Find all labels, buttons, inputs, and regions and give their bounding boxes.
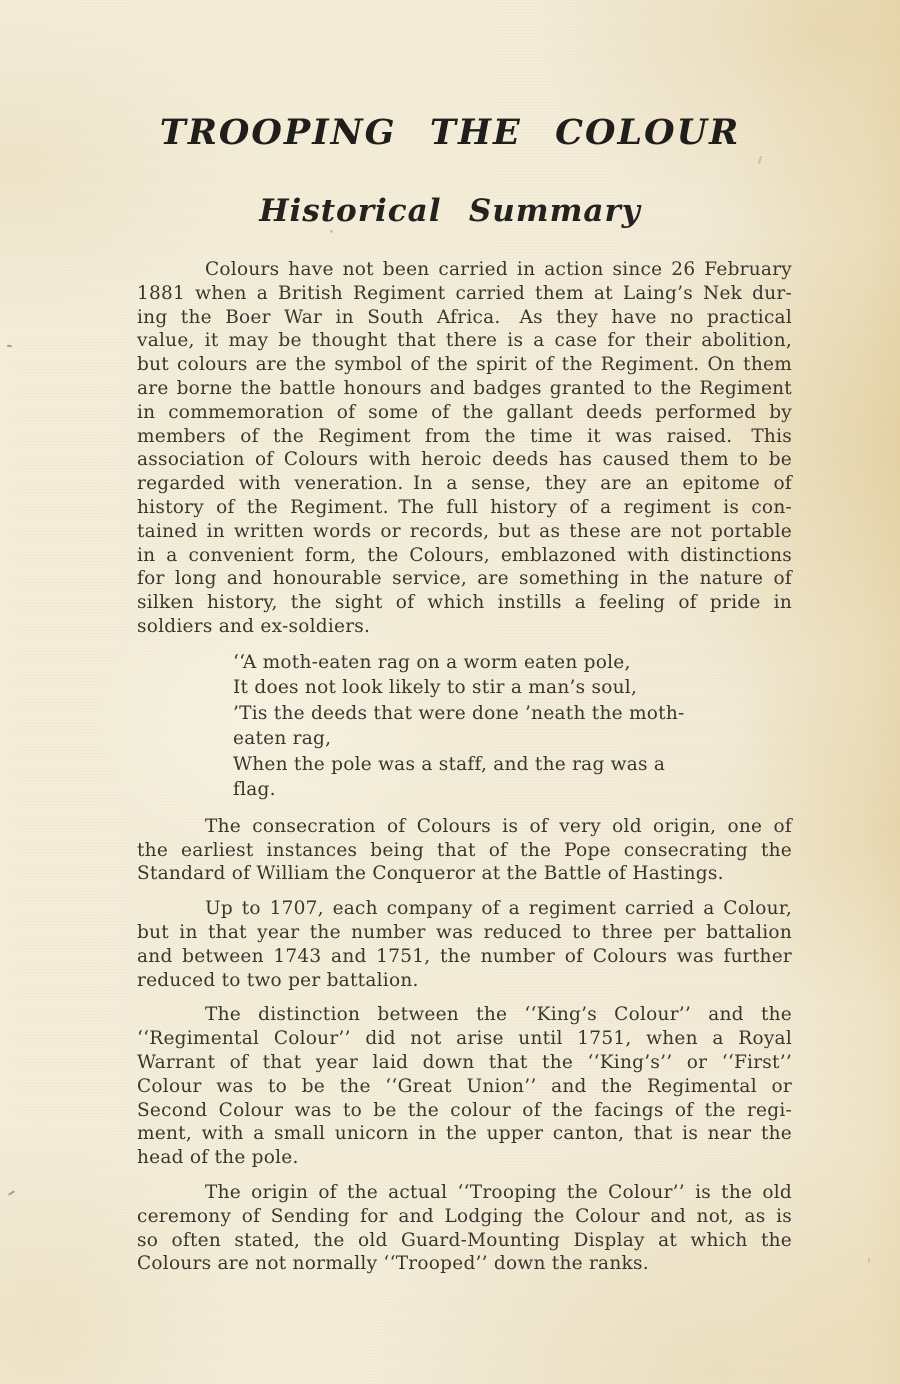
text-line: When the pole was a staff, and the rag w… [233, 752, 733, 778]
text-line: in a convenient form, the Colours, embla… [137, 544, 792, 568]
text-line: association of Colours with heroic deeds… [137, 448, 792, 472]
paper-speck [8, 1190, 15, 1195]
text-line: head of the pole. [137, 1146, 792, 1170]
text-line: Colours have not been carried in action … [137, 258, 792, 282]
text-line: 1881 when a British Regiment carried the… [137, 282, 792, 306]
text-line: Colours are not normally ‘‘Trooped’’ dow… [137, 1252, 792, 1276]
text-line: are borne the battle honours and badges … [137, 377, 792, 401]
page-subtitle: Historical Summary [0, 153, 900, 229]
text-line: the earliest instances being that of the… [137, 839, 792, 863]
text-line: Warrant of that year laid down that the … [137, 1051, 792, 1075]
text-line: for long and honourable service, are som… [137, 567, 792, 591]
text-line: Colour was to be the ‘‘Great Union’’ and… [137, 1075, 792, 1099]
paragraph-kings-colour: The distinction between the ‘‘King’s Col… [137, 1003, 792, 1170]
text-line: Standard of William the Conqueror at the… [137, 862, 792, 886]
text-line: but in that year the number was reduced … [137, 921, 792, 945]
body-text: Colours have not been carried in action … [137, 258, 792, 1287]
text-line: ceremony of Sending for and Lodging the … [137, 1205, 792, 1229]
poem-quote: ‘‘A moth-eaten rag on a worm eaten pole,… [233, 650, 733, 803]
text-line: ’Tis the deeds that were done ’neath the… [233, 701, 733, 727]
text-line: reduced to two per battalion. [137, 969, 792, 993]
text-line: Second Colour was to be the colour of th… [137, 1099, 792, 1123]
paragraph-consecration: The consecration of Colours is of very o… [137, 815, 792, 886]
text-line: The distinction between the ‘‘King’s Col… [137, 1003, 792, 1027]
text-line: ‘‘A moth-eaten rag on a worm eaten pole, [233, 650, 733, 676]
text-line: silken history, the sight of which insti… [137, 591, 792, 615]
text-line: ment, with a small unicorn in the upper … [137, 1122, 792, 1146]
paper-speck [330, 230, 333, 233]
text-line: It does not look likely to stir a man’s … [233, 675, 733, 701]
text-line: in commemoration of some of the gallant … [137, 401, 792, 425]
text-line: ing the Boer War in South Africa. As the… [137, 306, 792, 330]
text-line: but colours are the symbol of the spirit… [137, 353, 792, 377]
text-line: flag. [233, 777, 733, 803]
paragraph-trooping-origin: The origin of the actual ‘‘Trooping the … [137, 1181, 792, 1276]
text-line: regarded with veneration. In a sense, th… [137, 472, 792, 496]
text-line: members of the Regiment from the time it… [137, 425, 792, 449]
text-line: tained in written words or records, but … [137, 520, 792, 544]
text-line: and between 1743 and 1751, the number of… [137, 945, 792, 969]
text-line: The origin of the actual ‘‘Trooping the … [137, 1181, 792, 1205]
text-line: The consecration of Colours is of very o… [137, 815, 792, 839]
text-line: so often stated, the old Guard-Mounting … [137, 1229, 792, 1253]
text-line: Up to 1707, each company of a regiment c… [137, 897, 792, 921]
paper-speck [7, 345, 12, 348]
text-line: eaten rag, [233, 726, 733, 752]
document-page: TROOPING THE COLOUR Historical Summary C… [0, 0, 900, 1384]
paragraph-number-of-colours: Up to 1707, each company of a regiment c… [137, 897, 792, 992]
paragraph-colours-history: Colours have not been carried in action … [137, 258, 792, 639]
text-line: ‘‘Regimental Colour’’ did not arise unti… [137, 1027, 792, 1051]
text-line: value, it may be thought that there is a… [137, 329, 792, 353]
text-line: soldiers and ex-soldiers. [137, 615, 792, 639]
page-title: TROOPING THE COLOUR [0, 0, 900, 153]
paper-speck [868, 1258, 870, 1263]
text-line: history of the Regiment. The full histor… [137, 496, 792, 520]
